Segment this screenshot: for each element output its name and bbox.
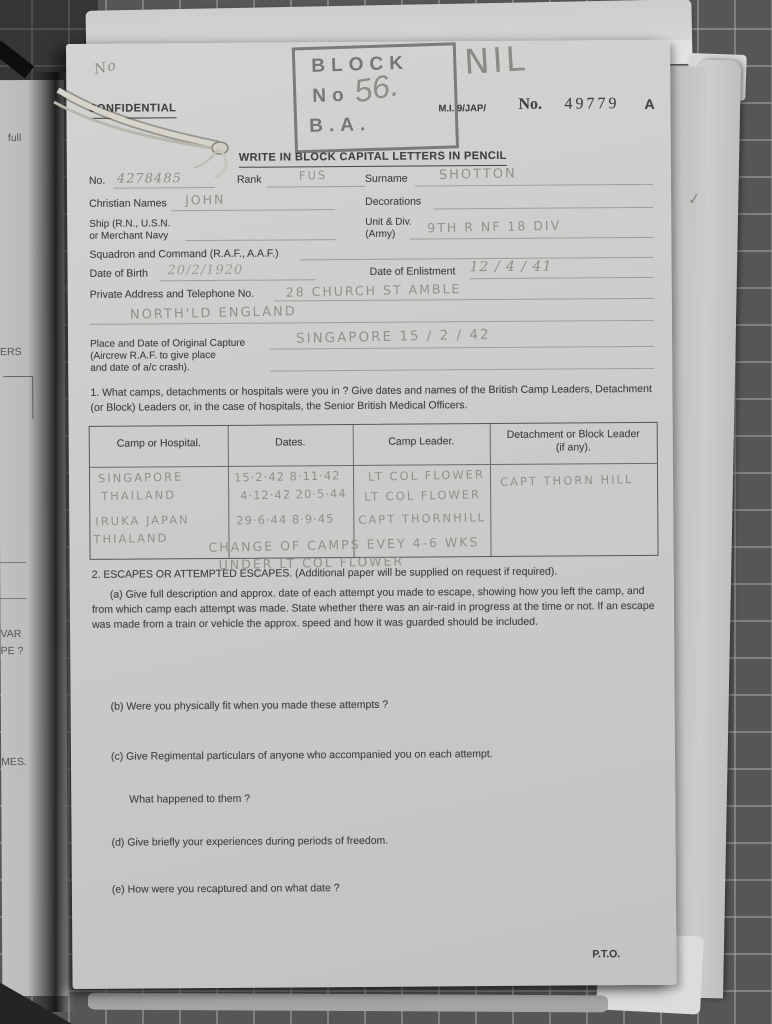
field-address-value-2: NORTH'LD ENGLAND: [130, 304, 297, 322]
table-header-rule: [90, 463, 657, 468]
under-page-fragment: full: [8, 132, 22, 144]
camps-note-line-1: CHANGE OF CAMPS EVEY 4-6 WKS: [208, 534, 479, 555]
pencil-checkmark: ✓: [687, 189, 702, 209]
handwritten-corner-note: No: [93, 57, 119, 77]
question-2c-text: (c) Give Regimental particulars of anyon…: [111, 746, 651, 765]
field-enlistment-value: 12 / 4 / 41: [470, 259, 553, 276]
field-surname-value: SHOTTON: [439, 166, 517, 183]
block-capitals-instruction: WRITE IN BLOCK CAPITAL LETTERS IN PENCIL: [239, 149, 507, 168]
leader-entry: LT COL FLOWER: [368, 467, 485, 483]
field-capture-label-3: and date of a/c crash).: [90, 361, 190, 375]
field-dob-value: 20/2/1920: [168, 263, 244, 279]
camp-entry: SINGAPORE: [98, 470, 184, 486]
detachment-entry: CAPT THORN HILL: [500, 472, 634, 489]
question-2-heading: 2. ESCAPES OR ATTEMPTED ESCAPES. (Additi…: [92, 564, 658, 583]
field-decorations-label: Decorations: [365, 196, 421, 210]
block-number-stamp: BLOCK No B.A. 56.: [292, 42, 459, 153]
field-dob-label: Date of Birth: [90, 267, 148, 281]
field-ship-label-2: or Merchant Navy: [89, 229, 168, 243]
leader-entry: LT COL FLOWER: [364, 487, 481, 503]
ref-suffix: A: [644, 95, 654, 113]
field-dob-line: [160, 279, 316, 281]
field-enlistment-line: [470, 277, 654, 279]
field-unit-label-2: (Army): [365, 228, 395, 241]
field-capture-value: SINGAPORE 15 / 2 / 42: [296, 327, 491, 347]
camp-entry: THIALAND: [93, 531, 168, 547]
under-page-rule: [0, 598, 26, 599]
camp-table: Camp or Hospital. Dates. Camp Leader. De…: [89, 422, 659, 560]
field-surname-line: [415, 184, 653, 187]
field-address-label: Private Address and Telephone No.: [90, 288, 255, 303]
field-capture-line-1: [270, 346, 654, 350]
table-header-detachment: Detachment or Block Leader (if any).: [490, 428, 657, 455]
field-capture-line-2: [270, 368, 654, 372]
question-2d-text: (d) Give briefly your experiences during…: [112, 832, 652, 851]
dates-entry: 15·2·42 8·11·42: [234, 468, 341, 484]
field-christian-names-line: [171, 209, 335, 211]
table-header-leader: Camp Leader.: [353, 435, 490, 449]
stamp-line-ba: B.A.: [309, 114, 372, 138]
field-unit-line: [409, 237, 653, 240]
table-header-dates: Dates.: [228, 436, 353, 450]
question-2b-text: (b) Were you physically fit when you mad…: [111, 696, 651, 715]
field-decorations-line: [433, 207, 653, 210]
under-page-fragment: MES.: [1, 756, 27, 768]
field-enlistment-label: Date of Enlistment: [370, 265, 456, 279]
serial-number: 49779: [564, 94, 619, 115]
under-page-fragment: ERS: [0, 346, 22, 358]
dates-entry: 29·6·44 8·9·45: [236, 511, 334, 527]
question-2e-text: (e) How were you recaptured and on what …: [112, 879, 652, 898]
leader-entry: CAPT THORNHILL: [358, 510, 486, 527]
table-header-camp: Camp or Hospital.: [90, 437, 228, 451]
field-rank-value: FUS: [299, 168, 328, 183]
field-address-value-1: 28 CHURCH ST AMBLE: [286, 281, 462, 300]
pto-footer: P.T.O.: [592, 948, 620, 962]
camp-entry: IRUKA JAPAN: [95, 512, 190, 528]
question-2c-followup-text: What happened to them ?: [129, 789, 649, 808]
stamp-handwritten-number: 56.: [351, 66, 401, 110]
torn-page-bottom-edge: [88, 993, 608, 1013]
ref-prefix: M.I. 9/JAP/: [438, 103, 486, 116]
under-page-rule: [0, 562, 26, 563]
nil-annotation: NIL: [463, 39, 529, 83]
under-page-fragment: PE ?: [1, 645, 24, 657]
field-rank-line: [267, 186, 365, 188]
under-page-fragment: VAR: [0, 628, 21, 640]
ref-no-label: No.: [518, 95, 542, 116]
question-2a-text: (a) Give full description and approx. da…: [92, 584, 658, 633]
field-squadron-label: Squadron and Command (R.A.F., A.A.F.): [89, 248, 278, 263]
field-ship-line: [185, 239, 335, 241]
stamp-line-no: No: [312, 85, 350, 108]
question-1-text: 1. What camps, detachments or hospitals …: [90, 382, 656, 416]
dates-entry: 4·12·42 20·5·44: [240, 486, 347, 502]
field-unit-value: 9TH R NF 18 DIV: [427, 218, 561, 236]
twine-string: [52, 88, 262, 198]
field-surname-label: Surname: [365, 173, 408, 187]
camp-entry: THAILAND: [101, 488, 176, 504]
field-christian-names-label: Christian Names: [89, 197, 167, 211]
